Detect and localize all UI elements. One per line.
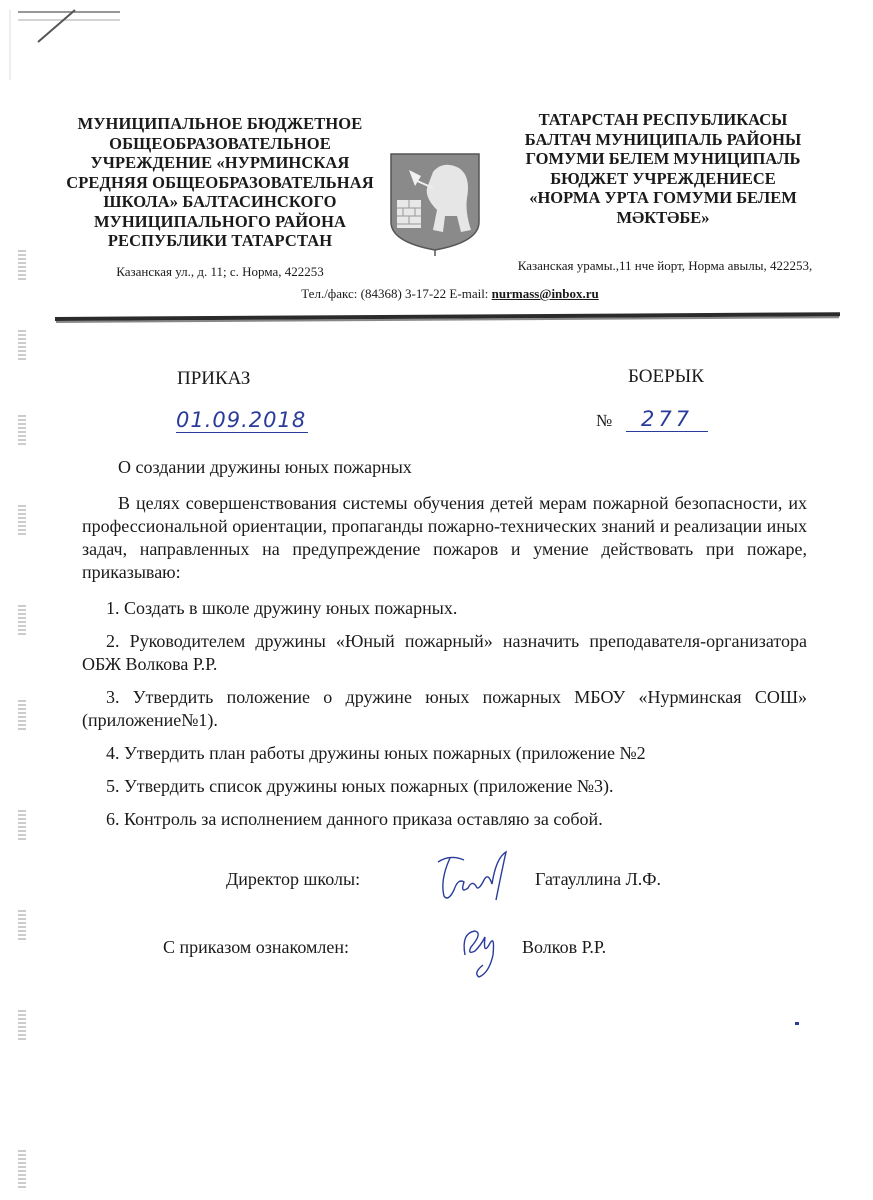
address-russian: Казанская ул., д. 11; с. Норма, 422253 bbox=[40, 264, 400, 280]
org-line: РЕСПУБЛИКИ ТАТАРСТАН bbox=[40, 231, 400, 251]
org-line: ШКОЛА» БАЛТАСИНСКОГО bbox=[40, 192, 400, 212]
order-item: 5. Утвердить список дружины юных пожарны… bbox=[82, 775, 807, 798]
order-item: 2. Руководителем дружины «Юный пожарный»… bbox=[82, 630, 807, 676]
scan-edge-marks bbox=[18, 250, 38, 1200]
acknowledged-label: С приказом ознакомлен: bbox=[163, 937, 349, 958]
director-label: Директор школы: bbox=[226, 869, 360, 890]
scan-corner-artifact bbox=[0, 0, 120, 80]
order-subject: О создании дружины юных пожарных bbox=[118, 457, 412, 478]
email-link[interactable]: nurmass@inbox.ru bbox=[492, 286, 599, 301]
ink-dot-artifact bbox=[795, 1022, 799, 1025]
acknowledged-name: Волков Р.Р. bbox=[522, 937, 606, 958]
contact-line: Тел./факс: (84368) 3-17-22 E-mail: nurma… bbox=[200, 286, 700, 302]
org-name-russian: МУНИЦИПАЛЬНОЕ БЮДЖЕТНОЕ ОБЩЕОБРАЗОВАТЕЛЬ… bbox=[40, 114, 400, 251]
order-item: 3. Утвердить положение о дружине юных по… bbox=[82, 686, 807, 732]
order-item: 1. Создать в школе дружину юных пожарных… bbox=[82, 597, 807, 620]
org-line: БЮДЖЕТ УЧРЕЖДЕНИЕСЕ bbox=[488, 169, 838, 189]
order-date-handwritten: 01.09.2018 bbox=[176, 408, 308, 433]
org-line: ГОМУМИ БЕЛЕМ МУНИЦИПАЛЬ bbox=[488, 149, 838, 169]
org-line: БАЛТАЧ МУНИЦИПАЛЬ РАЙОНЫ bbox=[488, 130, 838, 150]
order-item: 4. Утвердить план работы дружины юных по… bbox=[82, 742, 807, 765]
order-preamble: В целях совершенствования системы обучен… bbox=[82, 492, 807, 584]
header-divider bbox=[55, 312, 840, 321]
acknowledged-signature-icon bbox=[455, 925, 500, 980]
phone-fax: Тел./факс: (84368) 3-17-22 E-mail: bbox=[301, 286, 491, 301]
org-line: СРЕДНЯЯ ОБЩЕОБРАЗОВАТЕЛЬНАЯ bbox=[40, 173, 400, 193]
org-line: «НОРМА УРТА ГОМУМИ БЕЛЕМ bbox=[488, 188, 838, 208]
org-line: ОБЩЕОБРАЗОВАТЕЛЬНОЕ bbox=[40, 134, 400, 154]
org-line: МУНИЦИПАЛЬНОГО РАЙОНА bbox=[40, 212, 400, 232]
org-line: ТАТАРСТАН РЕСПУБЛИКАСЫ bbox=[488, 110, 838, 130]
order-title-tatar: БОЕРЫК bbox=[628, 366, 704, 388]
order-number-label: № bbox=[596, 411, 612, 431]
director-signature-icon bbox=[430, 850, 515, 905]
address-tatar: Казанская урамы.,11 нче йорт, Норма авыл… bbox=[480, 258, 850, 274]
org-line: МУНИЦИПАЛЬНОЕ БЮДЖЕТНОЕ bbox=[40, 114, 400, 134]
order-items-list: 1. Создать в школе дружину юных пожарных… bbox=[82, 597, 807, 841]
org-name-tatar: ТАТАРСТАН РЕСПУБЛИКАСЫ БАЛТАЧ МУНИЦИПАЛЬ… bbox=[488, 110, 838, 227]
org-line: УЧРЕЖДЕНИЕ «НУРМИНСКАЯ bbox=[40, 153, 400, 173]
coat-of-arms-icon bbox=[387, 150, 483, 256]
org-line: МӘКТӘБЕ» bbox=[488, 208, 838, 228]
order-number-handwritten: 277 bbox=[626, 407, 708, 432]
order-item: 6. Контроль за исполнением данного прика… bbox=[82, 808, 807, 831]
order-title-russian: ПРИКАЗ bbox=[177, 368, 250, 390]
director-name: Гатауллина Л.Ф. bbox=[535, 869, 661, 890]
